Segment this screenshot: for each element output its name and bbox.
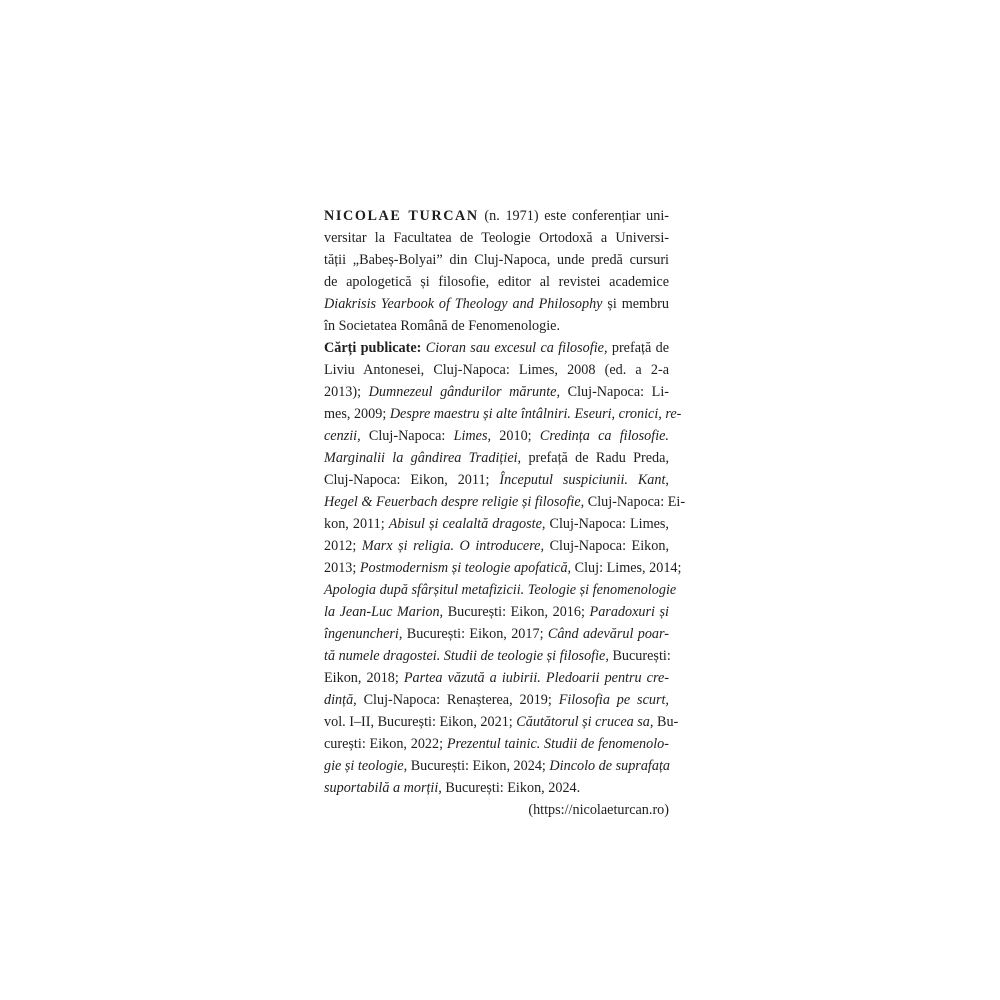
book-title: Cioran sau excesul ca filosofie, [426, 340, 608, 356]
book-title: Filosofia pe scurt, [559, 692, 669, 708]
text-line: mes, 2009; Despre maestru și alte întâln… [324, 403, 669, 425]
text-span: București: [609, 648, 671, 664]
text-line: dință, Cluj-Napoca: Renașterea, 2019; Fi… [324, 689, 669, 711]
text-line: în Societatea Română de Fenomenologie. [324, 315, 669, 337]
text-span: Cluj-Napoca: Ei- [584, 494, 685, 510]
book-title: Dumnezeul gândurilor mărunte, [369, 384, 560, 400]
text-span: 2013); [324, 384, 369, 400]
text-line: 2012; Marx și religia. O introducere, Cl… [324, 535, 669, 557]
text-line: Liviu Antonesei, Cluj-Napoca: Limes, 200… [324, 359, 669, 381]
book-title: Limes, [454, 428, 491, 444]
text-span: în Societatea Română de Fenomenologie. [324, 318, 560, 334]
text-span: prefață de [608, 340, 670, 356]
book-title: Marginalii la gândirea Tradiției, [324, 450, 521, 466]
text-span: Cluj-Napoca: Limes, [545, 516, 669, 532]
text-span: București: Eikon, 2016; [443, 604, 589, 620]
text-line: 2013; Postmodernism și teologie apofatic… [324, 557, 669, 579]
text-span: Cluj-Napoca: Renașterea, 2019; [357, 692, 559, 708]
book-title: îngenuncheri, [324, 626, 402, 642]
book-title: Prezentul tainic. Studii de fenomenolo- [447, 736, 669, 752]
book-title: tă numele dragostei. Studii de teologie … [324, 648, 609, 664]
text-line: curești: Eikon, 2022; Prezentul tainic. … [324, 733, 669, 755]
book-title: Partea văzută a iubirii. Pledoarii pentr… [404, 670, 669, 686]
text-span: 2010; [491, 428, 540, 444]
text-span: București: Eikon, 2017; [402, 626, 547, 642]
text-span: Cluj: Limes, 2014; [571, 560, 681, 576]
text-line: kon, 2011; Abisul și cealaltă dragoste, … [324, 513, 669, 535]
text-line: vol. I–II, București: Eikon, 2021; Căută… [324, 711, 669, 733]
text-line: Hegel & Feuerbach despre religie și filo… [324, 491, 669, 513]
text-span: (n. 1971) este conferențiar uni- [479, 208, 669, 224]
text-span: 2012; [324, 538, 362, 554]
text-line: Marginalii la gândirea Tradiției, prefaț… [324, 447, 669, 469]
text-span: curești: Eikon, 2022; [324, 736, 447, 752]
book-title: Căutătorul și crucea sa, [516, 714, 653, 730]
text-span: Liviu Antonesei, Cluj-Napoca: Limes, 200… [324, 362, 669, 378]
text-span: versitar la Facultatea de Teologie Ortod… [324, 230, 669, 246]
book-title: Când adevărul poar- [548, 626, 669, 642]
text-line: tă numele dragostei. Studii de teologie … [324, 645, 669, 667]
text-line: suportabilă a morții, București: Eikon, … [324, 777, 669, 799]
text-line: de apologetică și filosofie, editor al r… [324, 271, 669, 293]
book-title: Paradoxuri și [590, 604, 669, 620]
published-books: Cărți publicate: Cioran sau excesul ca f… [324, 337, 669, 757]
book-title: Începutul suspiciunii. Kant, [499, 472, 669, 488]
author-bio: NICOLAE TURCAN (n. 1971) este conferenți… [324, 205, 669, 337]
text-span: tății „Babeș-Bolyai” din Cluj-Napoca, un… [324, 252, 669, 268]
text-line: versitar la Facultatea de Teologie Ortod… [324, 227, 669, 249]
text-line: tății „Babeș-Bolyai” din Cluj-Napoca, un… [324, 249, 669, 271]
book-title: gie și teologie, [324, 758, 407, 774]
text-line: Cluj-Napoca: Eikon, 2011; Începutul susp… [324, 469, 669, 491]
book-title: Abisul și cealaltă dragoste, [389, 516, 546, 532]
text-span: vol. I–II, București: Eikon, 2021; [324, 714, 516, 730]
text-span: Cluj-Napoca: [361, 428, 454, 444]
book-title: dință, [324, 692, 357, 708]
book-title: Diakrisis Yearbook of Theology and Philo… [324, 296, 602, 312]
author-website-link[interactable]: (https://nicolaeturcan.ro) [324, 799, 669, 821]
text-span: Bu- [653, 714, 678, 730]
text-line: Cărți publicate: Cioran sau excesul ca f… [324, 337, 669, 359]
text-line: cenzii, Cluj-Napoca: Limes, 2010; Credin… [324, 425, 669, 447]
text-line: NICOLAE TURCAN (n. 1971) este conferenți… [324, 205, 669, 227]
books-heading: Cărți publicate: [324, 340, 421, 356]
text-span: și membru [602, 296, 669, 312]
text-span: de apologetică și filosofie, editor al r… [324, 274, 669, 290]
text-line: Eikon, 2018; Partea văzută a iubirii. Pl… [324, 667, 669, 689]
book-title: Postmodernism și teologie apofatică, [360, 560, 571, 576]
book-title: Despre maestru și alte întâlniri. Eseuri… [390, 406, 682, 422]
text-span: mes, 2009; [324, 406, 390, 422]
author-name: NICOLAE TURCAN [324, 208, 479, 224]
book-title: Marx și religia. O introducere, [362, 538, 544, 554]
text-span: București: Eikon, 2024. [442, 780, 580, 796]
text-line: Diakrisis Yearbook of Theology and Philo… [324, 293, 669, 315]
text-line: îngenuncheri, București: Eikon, 2017; Câ… [324, 623, 669, 645]
text-line: gie și teologie, București: Eikon, 2024;… [324, 755, 669, 777]
book-title: Hegel & Feuerbach despre religie și filo… [324, 494, 584, 510]
text-line: 2013); Dumnezeul gândurilor mărunte, Clu… [324, 381, 669, 403]
text-line: Apologia după sfârșitul metafizicii. Teo… [324, 579, 669, 601]
text-line: la Jean-Luc Marion, București: Eikon, 20… [324, 601, 669, 623]
book-title: suportabilă a morții, [324, 780, 442, 796]
text-span: kon, 2011; [324, 516, 389, 532]
book-title: Credința ca filosofie. [540, 428, 669, 444]
text-span: prefață de Radu Preda, [521, 450, 669, 466]
text-span: 2013; [324, 560, 360, 576]
text-span: Eikon, 2018; [324, 670, 404, 686]
text-span: Cluj-Napoca: Li- [560, 384, 669, 400]
text-span: Cluj-Napoca: Eikon, 2011; [324, 472, 499, 488]
book-back-page: NICOLAE TURCAN (n. 1971) este conferenți… [0, 0, 1000, 1000]
book-title: Dincolo de suprafața [549, 758, 670, 774]
book-title: Apologia după sfârșitul metafizicii. Teo… [324, 582, 676, 598]
book-title: cenzii, [324, 428, 361, 444]
text-span: Cluj-Napoca: Eikon, [544, 538, 669, 554]
text-span: București: Eikon, 2024; [407, 758, 549, 774]
book-title: la Jean-Luc Marion, [324, 604, 443, 620]
